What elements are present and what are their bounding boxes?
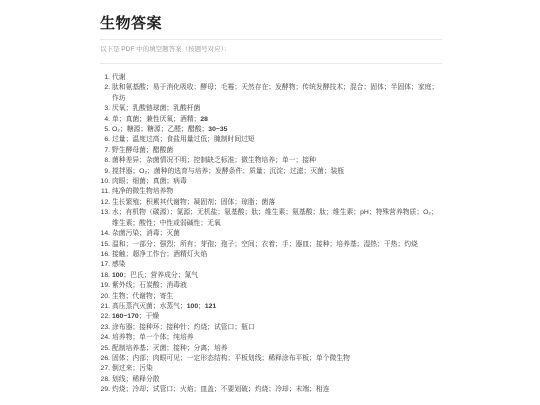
list-item-text: 培养物；单一个体；纯培养 [112,333,442,343]
list-item-number: 22. [100,312,110,322]
list-item-text: 杂菌污染；消毒；灭菌 [112,229,442,239]
list-item-text: 160~170；干燥 [112,312,442,322]
list-item-text: 菌种差异；杂菌情况不明；控制缺乏标准；微生物培养；单一；接种 [112,156,442,166]
list-item-text: 水；有机物（碳源）；氮源；无机盐；氨基酸；肽；维生素；氨基酸；肽；维生素；pH；… [112,208,442,229]
list-item-text: 倒过来；污染 [112,364,442,374]
list-item-text: 接触；超净工作台；酒精灯火焰 [112,250,442,260]
list-item-number: 5. [100,125,110,135]
list-item: 13.水；有机物（碳源）；氮源；无机盐；氨基酸；肽；维生素；氨基酸；肽；维生素；… [100,208,442,229]
list-item: 11.纯净的微生物培养物 [100,187,442,197]
list-item-text: 野生酵母菌；醋酸菌 [112,146,442,156]
list-item: 14.杂菌污染；消毒；灭菌 [100,229,442,239]
list-item-number: 9. [100,167,110,177]
list-item: 12.生长繁殖；积累其代谢物；凝固剂；固体；琼脂；菌落 [100,198,442,208]
answers-list: 1.代谢2.肽和氨基酸；易于消化吸收；酵母；毛霉；天然存在；发酵物；传统发酵技术… [100,73,442,396]
list-item-text: 固体；内部；肉眼可见；一定形态结构；平板划线；稀释涂布平板；单个微生物 [112,354,442,364]
list-item: 8.菌种差异；杂菌情况不明；控制缺乏标准；微生物培养；单一；接种 [100,156,442,166]
list-item: 9.搅拌器；O₂；菌种的选育与培养；发酵条件；质量；沉淀；过滤；灭菌；装瓶 [100,167,442,177]
list-item-text: 高压蒸汽灭菌；水蒸气；100；121 [112,302,442,312]
list-item: 7.野生酵母菌；醋酸菌 [100,146,442,156]
list-item-number: 6. [100,135,110,145]
list-item-number: 13. [100,208,110,218]
list-item-number: 16. [100,250,110,260]
list-item: 24.培养物；单一个体；纯培养 [100,333,442,343]
list-item-number: 17. [100,260,110,270]
list-item-number: 4. [100,115,110,125]
list-item-number: 8. [100,156,110,166]
list-item-text: 单；真菌；兼性厌氧；酒精；28 [112,115,442,125]
list-item: 3.厌氧；乳酸链球菌；乳酸杆菌 [100,104,442,114]
list-item-text: 代谢 [112,73,442,83]
list-item-number: 11. [100,187,110,197]
list-item-text: 生长繁殖；积累其代谢物；凝固剂；固体；琼脂；菌落 [112,198,442,208]
list-item: 26.固体；内部；肉眼可见；一定形态结构；平板划线；稀释涂布平板；单个微生物 [100,354,442,364]
list-item: 21.高压蒸汽灭菌；水蒸气；100；121 [100,302,442,312]
document-page: 生物答案 以下是 PDF 中的填空题答案（按题号对应）： 1.代谢2.肽和氨基酸… [0,0,540,405]
list-item-number: 26. [100,354,110,364]
list-item-number: 18. [100,271,110,281]
list-item-number: 10. [100,177,110,187]
list-item: 20.生物；代谢物；寄生 [100,292,442,302]
list-item: 10.肉眼；细菌；真菌；病毒 [100,177,442,187]
list-item-text: 厌氧；乳酸链球菌；乳酸杆菌 [112,104,442,114]
list-item-number: 12. [100,198,110,208]
list-item-text: 搅拌器；O₂；菌种的选育与培养；发酵条件；质量；沉淀；过滤；灭菌；装瓶 [112,167,442,177]
list-item-number: 19. [100,281,110,291]
list-item-text: 感染 [112,260,442,270]
list-item: 29.灼烧；冷却；试管口；火焰；皿盖；不要划破；灼烧；冷却；末端；相连 [100,385,442,395]
list-item: 23.涂布器；接种环；接种针；灼烧；试管口；瓶口 [100,323,442,333]
list-item-text: 紫外线；石炭酸；消毒液 [112,281,442,291]
list-item-text: 划线；稀释分散 [112,375,442,385]
list-item-text: 过量；温度过高；食盐用量过低；腌制时间过短 [112,135,442,145]
list-item-text: 生物；代谢物；寄生 [112,292,442,302]
list-item-number: 29. [100,385,110,395]
list-item: 28.划线；稀释分散 [100,375,442,385]
list-item: 17.感染 [100,260,442,270]
list-item-text: 温和；一部分；强烈；所有；芽孢；孢子；空间；衣着；手；器皿；接种；培养基；湿热；… [112,240,442,250]
list-item: 22.160~170；干燥 [100,312,442,322]
list-item: 18.100；巴氏；营养成分；氮气 [100,271,442,281]
list-item-text: 灼烧；冷却；试管口；火焰；皿盖；不要划破；灼烧；冷却；末端；相连 [112,385,442,395]
list-item: 2.肽和氨基酸；易于消化吸收；酵母；毛霉；天然存在；发酵物；传统发酵技术；混合；… [100,83,442,104]
list-item: 19.紫外线；石炭酸；消毒液 [100,281,442,291]
list-item-text: 肽和氨基酸；易于消化吸收；酵母；毛霉；天然存在；发酵物；传统发酵技术；混合；固体… [112,83,442,104]
page-subtitle: 以下是 PDF 中的填空题答案（按题号对应）： [100,40,442,64]
list-item-number: 14. [100,229,110,239]
list-item-text: O₂；糖源；糖源；乙醛；醋酸；30~35 [112,125,442,135]
document-content: 生物答案 以下是 PDF 中的填空题答案（按题号对应）： 1.代谢2.肽和氨基酸… [100,0,442,396]
list-item-number: 21. [100,302,110,312]
list-item-number: 3. [100,104,110,114]
list-item: 16.接触；超净工作台；酒精灯火焰 [100,250,442,260]
list-item: 25.配制培养基；灭菌；接种；分离；培养 [100,344,442,354]
list-item: 4.单；真菌；兼性厌氧；酒精；28 [100,115,442,125]
list-item-text: 配制培养基；灭菌；接种；分离；培养 [112,344,442,354]
list-item: 15.温和；一部分；强烈；所有；芽孢；孢子；空间；衣着；手；器皿；接种；培养基；… [100,240,442,250]
list-item-text: 涂布器；接种环；接种针；灼烧；试管口；瓶口 [112,323,442,333]
list-item: 1.代谢 [100,73,442,83]
list-item-number: 24. [100,333,110,343]
list-item: 5.O₂；糖源；糖源；乙醛；醋酸；30~35 [100,125,442,135]
list-item: 6.过量；温度过高；食盐用量过低；腌制时间过短 [100,135,442,145]
list-item-number: 23. [100,323,110,333]
list-item-number: 28. [100,375,110,385]
list-item-text: 100；巴氏；营养成分；氮气 [112,271,442,281]
list-item-text: 肉眼；细菌；真菌；病毒 [112,177,442,187]
page-title: 生物答案 [100,15,442,40]
list-item-number: 2. [100,83,110,93]
list-item-number: 20. [100,292,110,302]
list-item: 27.倒过来；污染 [100,364,442,374]
list-item-number: 25. [100,344,110,354]
list-item-number: 1. [100,73,110,83]
list-item-text: 纯净的微生物培养物 [112,187,442,197]
list-item-number: 7. [100,146,110,156]
list-item-number: 27. [100,364,110,374]
list-item-number: 15. [100,240,110,250]
